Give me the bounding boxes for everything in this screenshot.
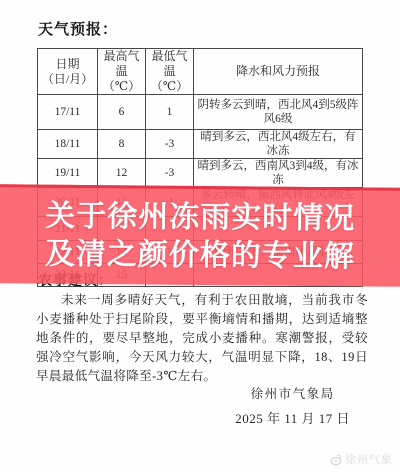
header-low-temp: 最低气温 （℃）	[146, 49, 194, 95]
cell-low: -3	[146, 130, 194, 159]
cell-high: 8	[98, 130, 146, 159]
table-row: 19/11 12 -3 晴到多云，西南风3到4级，有冰冻	[38, 159, 363, 188]
promo-overlay-banner: 关于徐州冻雨实时情况 及清之颜价格的专业解	[0, 184, 400, 287]
cell-date: 19/11	[38, 159, 98, 188]
issuing-agency: 徐州市气象局	[235, 384, 350, 402]
advice-paragraph: 未来一周多晴好天气，有利于农田散墒，当前我市冬小麦播种处于扫尾阶段，要平衡墒情和…	[36, 291, 368, 386]
signature-block: 徐州市气象局 2025 年 11 月 17 日	[235, 384, 350, 427]
cell-high: 6	[98, 95, 146, 130]
table-header-row: 日期 （日/月） 最高气温 （℃） 最低气温 （℃） 降水和风力预报	[38, 49, 363, 95]
watermark-label: 徐州气象	[345, 451, 393, 467]
page-title: 天气预报：	[38, 18, 118, 39]
issue-date: 2025 年 11 月 17 日	[235, 408, 350, 427]
watermark: 徐州气象	[329, 451, 393, 467]
cell-forecast: 晴到多云，西北风4级左右，有冰冻	[194, 130, 363, 159]
cell-high: 12	[98, 159, 146, 188]
header-date: 日期 （日/月）	[38, 49, 98, 95]
cell-date: 18/11	[38, 130, 98, 159]
cell-date: 17/11	[38, 95, 98, 130]
cell-forecast: 阴转多云到晴，西北风4到5级阵风6级	[194, 95, 363, 130]
banner-title-line2: 及清之颜价格的专业解	[45, 236, 355, 277]
cell-low: 1	[146, 95, 194, 130]
table-row: 17/11 6 1 阴转多云到晴，西北风4到5级阵风6级	[38, 95, 363, 130]
header-forecast: 降水和风力预报	[194, 49, 363, 95]
banner-title-line1: 关于徐州冻雨实时情况	[45, 198, 355, 239]
weather-bulletin-page: 天气预报： 日期 （日/月） 最高气温 （℃） 最低气温 （℃） 降水和风力预报…	[0, 0, 400, 472]
table-row: 18/11 8 -3 晴到多云，西北风4级左右，有冰冻	[38, 130, 363, 159]
cell-forecast: 晴到多云，西南风3到4级，有冰冻	[194, 159, 363, 188]
cell-low: -3	[146, 159, 194, 188]
weibo-logo-icon	[329, 453, 342, 466]
header-high-temp: 最高气温 （℃）	[98, 49, 146, 95]
